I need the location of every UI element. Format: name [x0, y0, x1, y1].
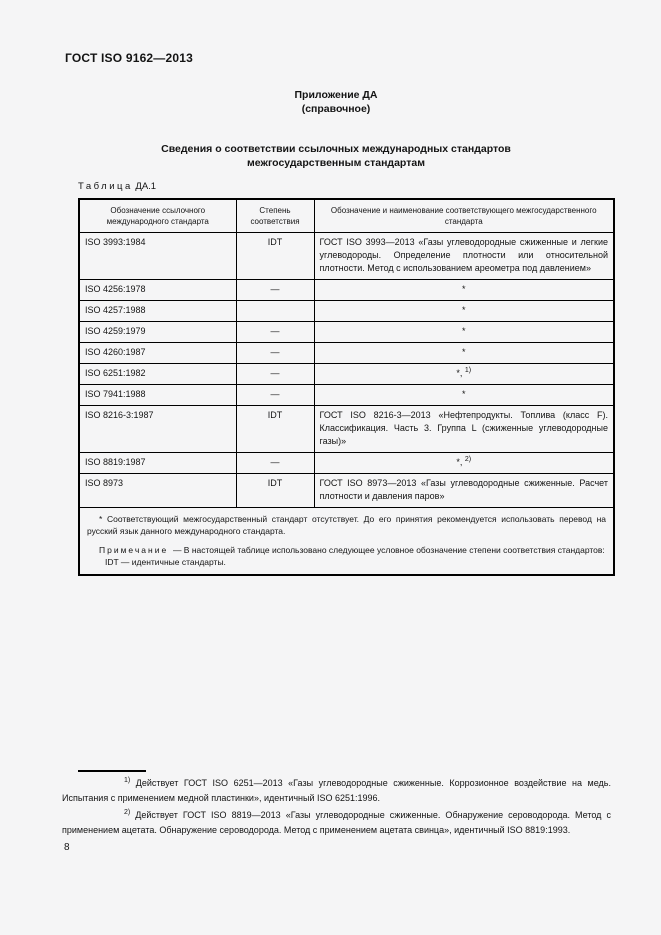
- column-header-degree: Степень соответствия: [236, 199, 314, 233]
- reference-standard-cell: ISO 8973: [79, 474, 236, 508]
- table-caption-word: Таблица: [78, 181, 133, 192]
- degree-cell: IDT: [236, 406, 314, 453]
- reference-standard-cell: ISO 8216-3:1987: [79, 406, 236, 453]
- footnotes-list: 1) Действует ГОСТ ISO 6251—2013 «Газы уг…: [62, 776, 611, 837]
- table-row: ISO 8973IDTГОСТ ISO 8973—2013 «Газы угле…: [79, 474, 614, 508]
- corresponding-standard-text: ГОСТ ISO 8216-3—2013 «Нефтепродукты. Топ…: [320, 410, 609, 446]
- column-header-corresponding-standard: Обозначение и наименование соответствующ…: [314, 199, 614, 233]
- reference-standard-cell: ISO 3993:1984: [79, 233, 236, 280]
- reference-standard-cell: ISO 6251:1982: [79, 364, 236, 385]
- footnote-text: Действует ГОСТ ISO 8819—2013 «Газы углев…: [62, 810, 611, 835]
- corresponding-standard-cell: ГОСТ ISO 8973—2013 «Газы углеводородные …: [314, 474, 614, 508]
- table-row: ISO 4256:1978—*: [79, 280, 614, 301]
- table-row: ISO 4257:1988*: [79, 301, 614, 322]
- degree-cell: —: [236, 343, 314, 364]
- footnote: 2) Действует ГОСТ ISO 8819—2013 «Газы уг…: [62, 808, 611, 837]
- degree-cell: —: [236, 280, 314, 301]
- corresponding-standard-text: ГОСТ ISO 8973—2013 «Газы углеводородные …: [320, 478, 609, 501]
- standards-table-body: ISO 3993:1984IDTГОСТ ISO 3993—2013 «Газы…: [79, 233, 614, 508]
- table-row: ISO 3993:1984IDTГОСТ ISO 3993—2013 «Газы…: [79, 233, 614, 280]
- degree-cell: IDT: [236, 474, 314, 508]
- table-note-idt: IDT — идентичные стандарты.: [105, 556, 606, 568]
- footnote-marker: 2): [465, 456, 471, 463]
- degree-cell: [236, 301, 314, 322]
- page-number: 8: [64, 842, 70, 853]
- reference-standard-cell: ISO 4259:1979: [79, 322, 236, 343]
- table-note: Примечание — В настоящей таблице использ…: [87, 544, 606, 556]
- reference-standard-cell: ISO 4260:1987: [79, 343, 236, 364]
- table-note-label: Примечание: [99, 545, 168, 555]
- footnote-marker: 1): [465, 367, 471, 374]
- document-code: ГОСТ ISO 9162—2013: [65, 51, 193, 65]
- reference-standard-cell: ISO 4257:1988: [79, 301, 236, 322]
- degree-cell: —: [236, 385, 314, 406]
- column-header-reference-standard: Обозначение ссылочного международного ст…: [79, 199, 236, 233]
- degree-cell: —: [236, 322, 314, 343]
- corresponding-standard-cell: *, 1): [314, 364, 614, 385]
- appendix-heading: Приложение ДА (справочное): [60, 88, 612, 116]
- corresponding-standard-text: ГОСТ ISO 3993—2013 «Газы углеводородные …: [320, 237, 609, 273]
- corresponding-standard-cell: *, 2): [314, 453, 614, 474]
- corresponding-standard-cell: *: [314, 385, 614, 406]
- document-page: { "header": { "doc_code": "ГОСТ ISO 9162…: [0, 0, 661, 935]
- corresponding-standard-text: *,: [456, 368, 465, 378]
- table-row: ISO 4260:1987—*: [79, 343, 614, 364]
- reference-standard-cell: ISO 4256:1978: [79, 280, 236, 301]
- footnote-separator: [78, 770, 146, 772]
- standards-correspondence-table: Обозначение ссылочного международного ст…: [78, 198, 615, 576]
- corresponding-standard-cell: *: [314, 301, 614, 322]
- footnote-text: Действует ГОСТ ISO 6251—2013 «Газы углев…: [62, 778, 611, 803]
- degree-cell: IDT: [236, 233, 314, 280]
- table-caption-number: ДА.1: [135, 181, 156, 192]
- section-title: Сведения о соответствии ссылочных междун…: [60, 142, 612, 170]
- corresponding-standard-text: *: [462, 389, 466, 399]
- reference-standard-cell: ISO 8819:1987: [79, 453, 236, 474]
- corresponding-standard-text: *,: [456, 457, 465, 467]
- table-row: ISO 8216-3:1987IDTГОСТ ISO 8216-3—2013 «…: [79, 406, 614, 453]
- reference-standard-cell: ISO 7941:1988: [79, 385, 236, 406]
- appendix-label: Приложение ДА: [60, 88, 612, 102]
- table-header-row: Обозначение ссылочного международного ст…: [79, 199, 614, 233]
- section-title-line2: межгосударственным стандартам: [60, 156, 612, 170]
- degree-cell: —: [236, 453, 314, 474]
- table-row: ISO 4259:1979—*: [79, 322, 614, 343]
- section-title-line1: Сведения о соответствии ссылочных междун…: [60, 142, 612, 156]
- corresponding-standard-text: *: [462, 284, 466, 294]
- corresponding-standard-text: *: [462, 305, 466, 315]
- table-row: ISO 6251:1982—*, 1): [79, 364, 614, 385]
- corresponding-standard-cell: *: [314, 322, 614, 343]
- footnote: 1) Действует ГОСТ ISO 6251—2013 «Газы уг…: [62, 776, 611, 805]
- table-row: ISO 7941:1988—*: [79, 385, 614, 406]
- corresponding-standard-cell: ГОСТ ISO 8216-3—2013 «Нефтепродукты. Топ…: [314, 406, 614, 453]
- corresponding-standard-cell: *: [314, 280, 614, 301]
- table-note-text: — В настоящей таблице использовано следу…: [173, 545, 605, 555]
- table-note-row: * Соответствующий межгосударственный ста…: [79, 508, 614, 576]
- table-star-note: * Соответствующий межгосударственный ста…: [87, 513, 606, 537]
- corresponding-standard-cell: ГОСТ ISO 3993—2013 «Газы углеводородные …: [314, 233, 614, 280]
- corresponding-standard-cell: *: [314, 343, 614, 364]
- footnotes-section: 1) Действует ГОСТ ISO 6251—2013 «Газы уг…: [62, 770, 611, 840]
- appendix-kind: (справочное): [60, 102, 612, 116]
- degree-cell: —: [236, 364, 314, 385]
- corresponding-standard-text: *: [462, 326, 466, 336]
- corresponding-standard-text: *: [462, 347, 466, 357]
- table-row: ISO 8819:1987—*, 2): [79, 453, 614, 474]
- table-caption: Таблица ДА.1: [78, 181, 156, 192]
